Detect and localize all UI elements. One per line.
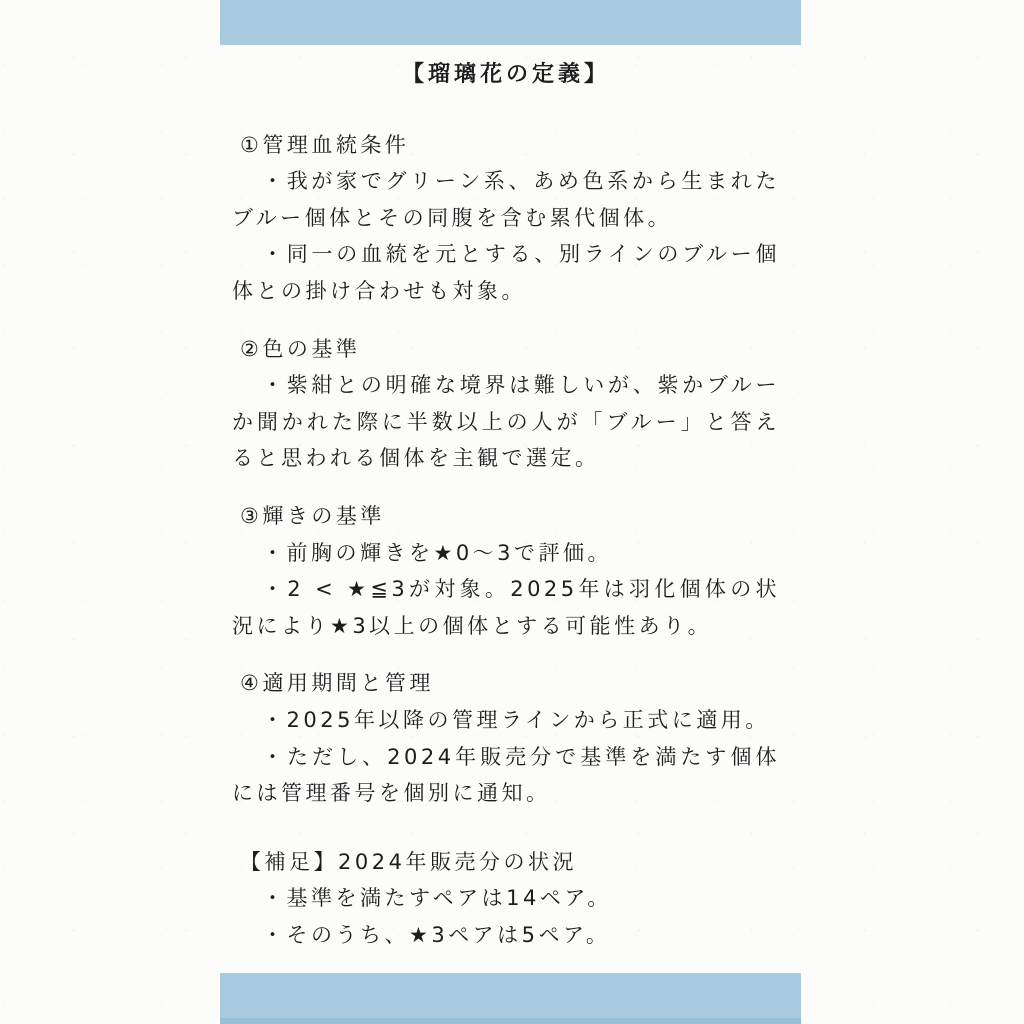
bullet-item: ・ただし、2024年販売分で基準を満たす個体には管理番号を個別に通知。: [232, 739, 780, 812]
section-heading: ③輝きの基準: [232, 498, 780, 535]
document-body: 【瑠璃花の定義】 ①管理血統条件 ・我が家でグリーン系、あめ色系から生まれたブル…: [232, 57, 780, 953]
bullet-item: ・基準を満たすペアは14ペア。: [232, 880, 780, 917]
section-heading: 【補足】2024年販売分の状況: [232, 844, 780, 881]
bullet-item: ・紫紺との明確な境界は難しいが、紫かブルーか聞かれた際に半数以上の人が「ブルー」…: [232, 367, 780, 477]
bullet-item: ・そのうち、★3ペアは5ペア。: [232, 917, 780, 954]
bullet-item: ・2025年以降の管理ラインから正式に適用。: [232, 702, 780, 739]
bullet-item: ・前胸の輝きを★0～3で評価。: [232, 535, 780, 572]
bullet-item: ・同一の血統を元とする、別ラインのブルー個体との掛け合わせも対象。: [232, 236, 780, 309]
bullet-item: ・我が家でグリーン系、あめ色系から生まれたブルー個体とその同腹を含む累代個体。: [232, 163, 780, 236]
section-heading: ①管理血統条件: [232, 127, 780, 164]
section-color-criteria: ②色の基準 ・紫紺との明確な境界は難しいが、紫かブルーか聞かれた際に半数以上の人…: [232, 331, 780, 477]
bullet-item: ・2 < ★≦3が対象。2025年は羽化個体の状況により★3以上の個体とする可能…: [232, 571, 780, 644]
section-supplement: 【補足】2024年販売分の状況 ・基準を満たすペアは14ペア。 ・そのうち、★3…: [232, 844, 780, 954]
section-shine-criteria: ③輝きの基準 ・前胸の輝きを★0～3で評価。 ・2 < ★≦3が対象。2025年…: [232, 498, 780, 644]
section-heading: ④適用期間と管理: [232, 665, 780, 702]
page-title: 【瑠璃花の定義】: [232, 57, 780, 94]
top-banner: [220, 0, 801, 45]
section-application-period: ④適用期間と管理 ・2025年以降の管理ラインから正式に適用。 ・ただし、202…: [232, 665, 780, 811]
bottom-banner: [220, 973, 801, 1024]
section-bloodline: ①管理血統条件 ・我が家でグリーン系、あめ色系から生まれたブルー個体とその同腹を…: [232, 127, 780, 310]
section-heading: ②色の基準: [232, 331, 780, 368]
